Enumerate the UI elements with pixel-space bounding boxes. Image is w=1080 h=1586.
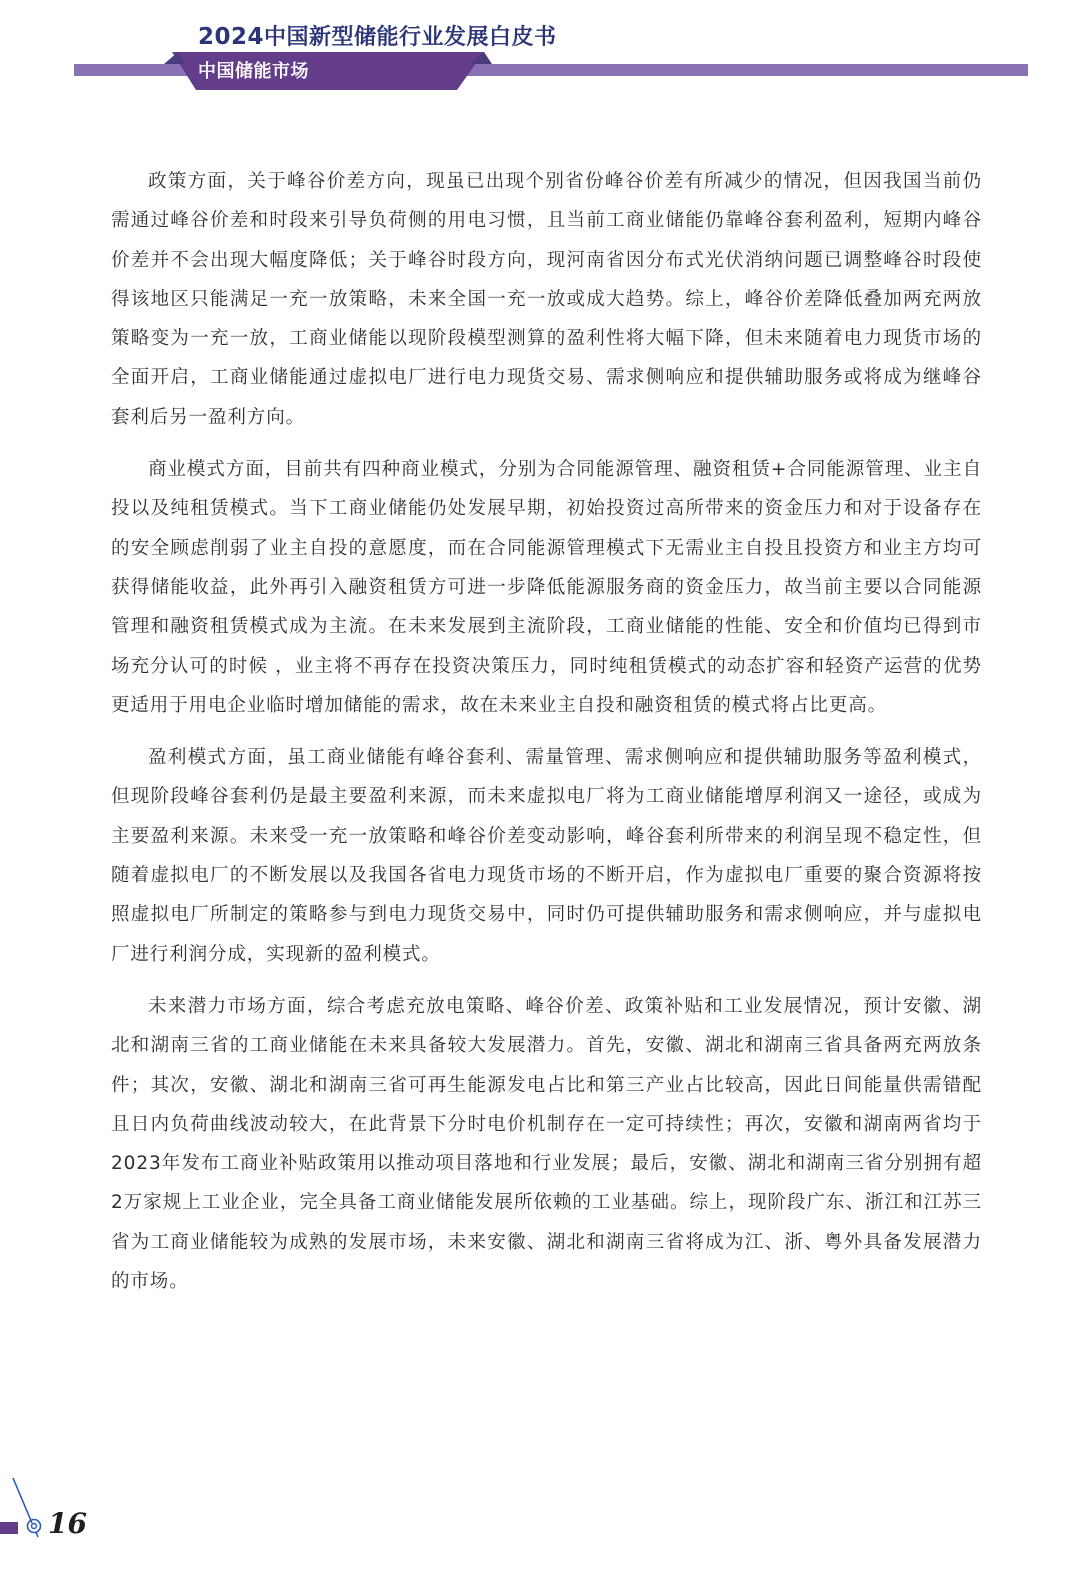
paragraph-business-model: 商业模式方面，目前共有四种商业模式，分别为合同能源管理、融资租赁+合同能源管理、… (111, 450, 982, 725)
document-title-text: 中国新型储能行业发展白皮书 (264, 25, 557, 50)
body-text: 政策方面，关于峰谷价差方向，现虽已出现个别省份峰谷价差有所减少的情况，但因我国当… (111, 162, 982, 1314)
page-number: 16 (48, 1506, 87, 1542)
footer-purple-block (0, 1522, 18, 1534)
paragraph-policy: 政策方面，关于峰谷价差方向，现虽已出现个别省份峰谷价差有所减少的情况，但因我国当… (111, 162, 982, 437)
paragraph-profit-model: 盈利模式方面，虽工商业储能有峰谷套利、需量管理、需求侧响应和提供辅助服务等盈利模… (111, 738, 982, 974)
footer-graphic (0, 1450, 200, 1586)
section-title: 中国储能市场 (198, 58, 309, 86)
document-title: 2024中国新型储能行业发展白皮书 (198, 22, 557, 53)
page-header: 2024中国新型储能行业发展白皮书 中国储能市场 (0, 0, 1080, 100)
document-title-year: 2024 (198, 24, 264, 50)
paragraph-potential-market: 未来潜力市场方面，综合考虑充放电策略、峰谷价差、政策补贴和工业发展情况，预计安徽… (111, 987, 982, 1301)
